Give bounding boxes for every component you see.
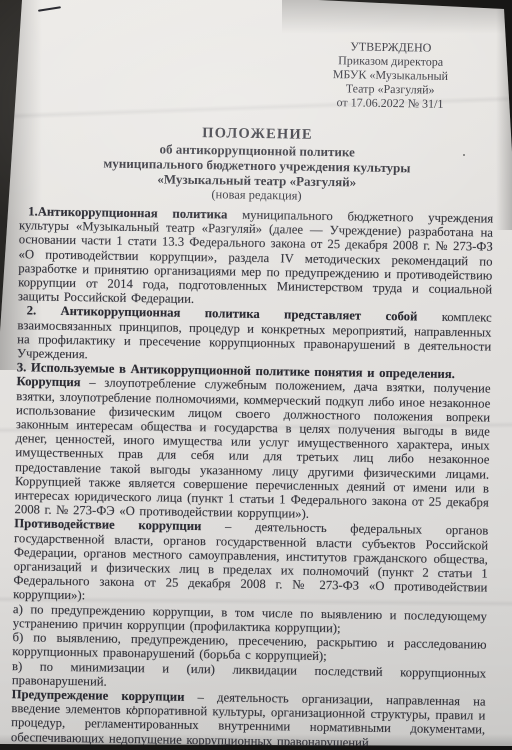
paragraph: Предупреждение коррупции – деятельность … — [11, 687, 486, 750]
paragraph: 1.Антикоррупционная политика муниципальн… — [18, 204, 494, 311]
photo-background: УТВЕРЖДЕНО Приказом директора МБУК «Музы… — [0, 0, 512, 750]
paragraph: Противодействие коррупции – деятельность… — [13, 517, 488, 610]
paper-shadow-top-right — [282, 0, 512, 34]
approval-block: УТВЕРЖДЕНО Приказом директора МБУК «Музы… — [299, 39, 482, 112]
paragraph: 2. Антикоррупционная политика представля… — [17, 304, 492, 368]
paper-shadow-right — [496, 0, 512, 230]
approval-line: от 17.06.2022 № 31/1 — [299, 95, 481, 112]
title-block: ПОЛОЖЕНИЕ об антикоррупционной политике … — [19, 122, 494, 206]
pen-mark — [38, 6, 61, 12]
paragraph-text: муниципального бюджетного учреждения кул… — [18, 207, 494, 306]
paragraph-text: – деятельность федеральных органов госуд… — [13, 520, 488, 603]
document-content: УТВЕРЖДЕНО Приказом директора МБУК «Музы… — [11, 34, 496, 750]
paragraph: Коррупция – злоупотребление служебным по… — [14, 375, 490, 524]
paragraph-lead: Коррупция — [16, 375, 80, 390]
paragraph-text: – злоупотребление служебным положением, … — [14, 376, 490, 521]
document-body: 1.Антикоррупционная политика муниципальн… — [11, 204, 493, 750]
paper-sheet: УТВЕРЖДЕНО Приказом директора МБУК «Музы… — [0, 0, 512, 750]
